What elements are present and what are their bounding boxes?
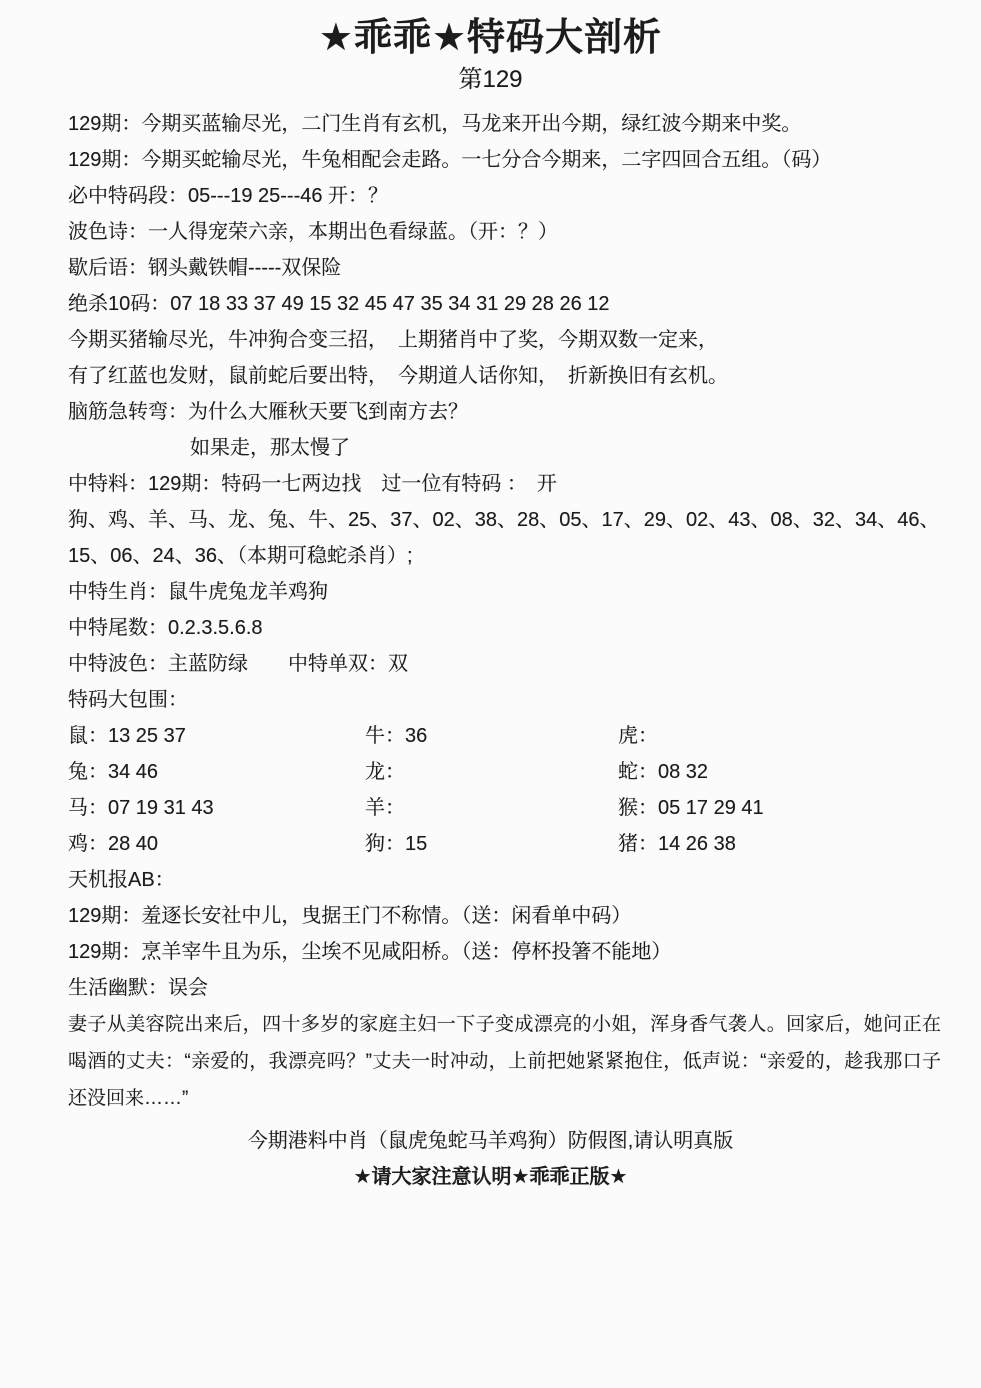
special-material-line: 中特料：129期：特码一七两边找 过一位有特码 ： 开 bbox=[68, 466, 941, 502]
wave-color-poem-line: 波色诗：一人得宠荣六亲，本期出色看绿蓝。（开：？） bbox=[68, 214, 941, 250]
tip-line: 129期：今期买蛇输尽光，牛兔相配会走路。一七分合今期来，二字四回合五组。（码） bbox=[68, 142, 941, 178]
zodiac-cell: 兔：34 46 bbox=[68, 754, 365, 790]
zodiac-hit-line: 中特生肖：鼠牛虎兔龙羊鸡狗 bbox=[68, 574, 941, 610]
riddle-answer-line: 如果走，那太慢了 bbox=[68, 430, 941, 466]
zodiac-number-list-line: 狗、鸡、羊、马、龙、兔、牛、25、37、02、38、28、05、17、29、02… bbox=[68, 502, 941, 538]
poem-line: 129期：烹羊宰牛且为乐，尘埃不见咸阳桥。（送：停杯投箸不能地） bbox=[68, 934, 941, 970]
zodiac-cell: 虎： bbox=[618, 718, 941, 754]
zodiac-table: 鼠：13 25 37 牛：36 虎： 兔：34 46 龙： 蛇：08 32 马：… bbox=[68, 718, 941, 862]
zodiac-cell: 狗：15 bbox=[365, 826, 618, 862]
zodiac-cell: 猴：05 17 29 41 bbox=[618, 790, 941, 826]
zodiac-table-row: 鸡：28 40 狗：15 猪：14 26 38 bbox=[68, 826, 941, 862]
zodiac-cell: 马：07 19 31 43 bbox=[68, 790, 365, 826]
humor-heading: 生活幽默：误会 bbox=[68, 970, 941, 1006]
zodiac-number-list-line: 15、06、24、36、（本期可稳蛇杀肖）; bbox=[68, 538, 941, 574]
zodiac-table-row: 鼠：13 25 37 牛：36 虎： bbox=[68, 718, 941, 754]
footer-brand: ★请大家注意认明★乖乖正版★ bbox=[0, 1159, 981, 1195]
kill-10-codes-line: 绝杀10码：07 18 33 37 49 15 32 45 47 35 34 3… bbox=[68, 286, 941, 322]
tianjibao-heading: 天机报AB： bbox=[68, 862, 941, 898]
zodiac-cell: 牛：36 bbox=[365, 718, 618, 754]
zodiac-cell: 蛇：08 32 bbox=[618, 754, 941, 790]
riddle-line: 脑筋急转弯：为什么大雁秋天要飞到南方去？ bbox=[68, 394, 941, 430]
zodiac-cell: 龙： bbox=[365, 754, 618, 790]
special-code-range-line: 必中特码段：05---19 25---46 开：？ bbox=[68, 178, 941, 214]
document-page: ★乖乖★特码大剖析 第129 129期：今期买蓝输尽光，二门生肖有玄机，马龙来开… bbox=[0, 0, 981, 1388]
wave-color-oddeven-line: 中特波色：主蓝防绿 中特单双：双 bbox=[68, 646, 941, 682]
document-body: 129期：今期买蓝输尽光，二门生肖有玄机，马龙来开出今期，绿红波今期来中奖。 1… bbox=[0, 96, 981, 1117]
zodiac-cell: 羊： bbox=[365, 790, 618, 826]
tip-line: 今期买猪输尽光，牛冲狗合变三招， 上期猪肖中了奖，今期双数一定来， bbox=[68, 322, 941, 358]
tip-line: 有了红蓝也发财，鼠前蛇后要出特， 今期道人话你知， 折新换旧有玄机。 bbox=[68, 358, 941, 394]
zodiac-table-row: 马：07 19 31 43 羊： 猴：05 17 29 41 bbox=[68, 790, 941, 826]
poem-line: 129期：羞逐长安社中儿，曳据王门不称情。（送：闲看单中码） bbox=[68, 898, 941, 934]
tail-digits-line: 中特尾数：0.2.3.5.6.8 bbox=[68, 610, 941, 646]
xiehouyu-line: 歇后语：钢头戴铁帽-----双保险 bbox=[68, 250, 941, 286]
page-title: ★乖乖★特码大剖析 bbox=[0, 14, 981, 62]
zodiac-cell: 鸡：28 40 bbox=[68, 826, 365, 862]
zodiac-cell: 猪：14 26 38 bbox=[618, 826, 941, 862]
issue-number: 第129 bbox=[0, 64, 981, 96]
humor-paragraph: 妻子从美容院出来后，四十多岁的家庭主妇一下子变成漂亮的小姐，浑身香气袭人。回家后… bbox=[68, 1006, 941, 1117]
tip-line: 129期：今期买蓝输尽光，二门生肖有玄机，马龙来开出今期，绿红波今期来中奖。 bbox=[68, 106, 941, 142]
zodiac-cell: 鼠：13 25 37 bbox=[68, 718, 365, 754]
page-footer: 今期港料中肖（鼠虎兔蛇马羊鸡狗）防假图,请认明真版 ★请大家注意认明★乖乖正版★ bbox=[0, 1123, 981, 1195]
zodiac-table-row: 兔：34 46 龙： 蛇：08 32 bbox=[68, 754, 941, 790]
footer-note: 今期港料中肖（鼠虎兔蛇马羊鸡狗）防假图,请认明真版 bbox=[0, 1123, 981, 1159]
big-coverage-heading: 特码大包围： bbox=[68, 682, 941, 718]
